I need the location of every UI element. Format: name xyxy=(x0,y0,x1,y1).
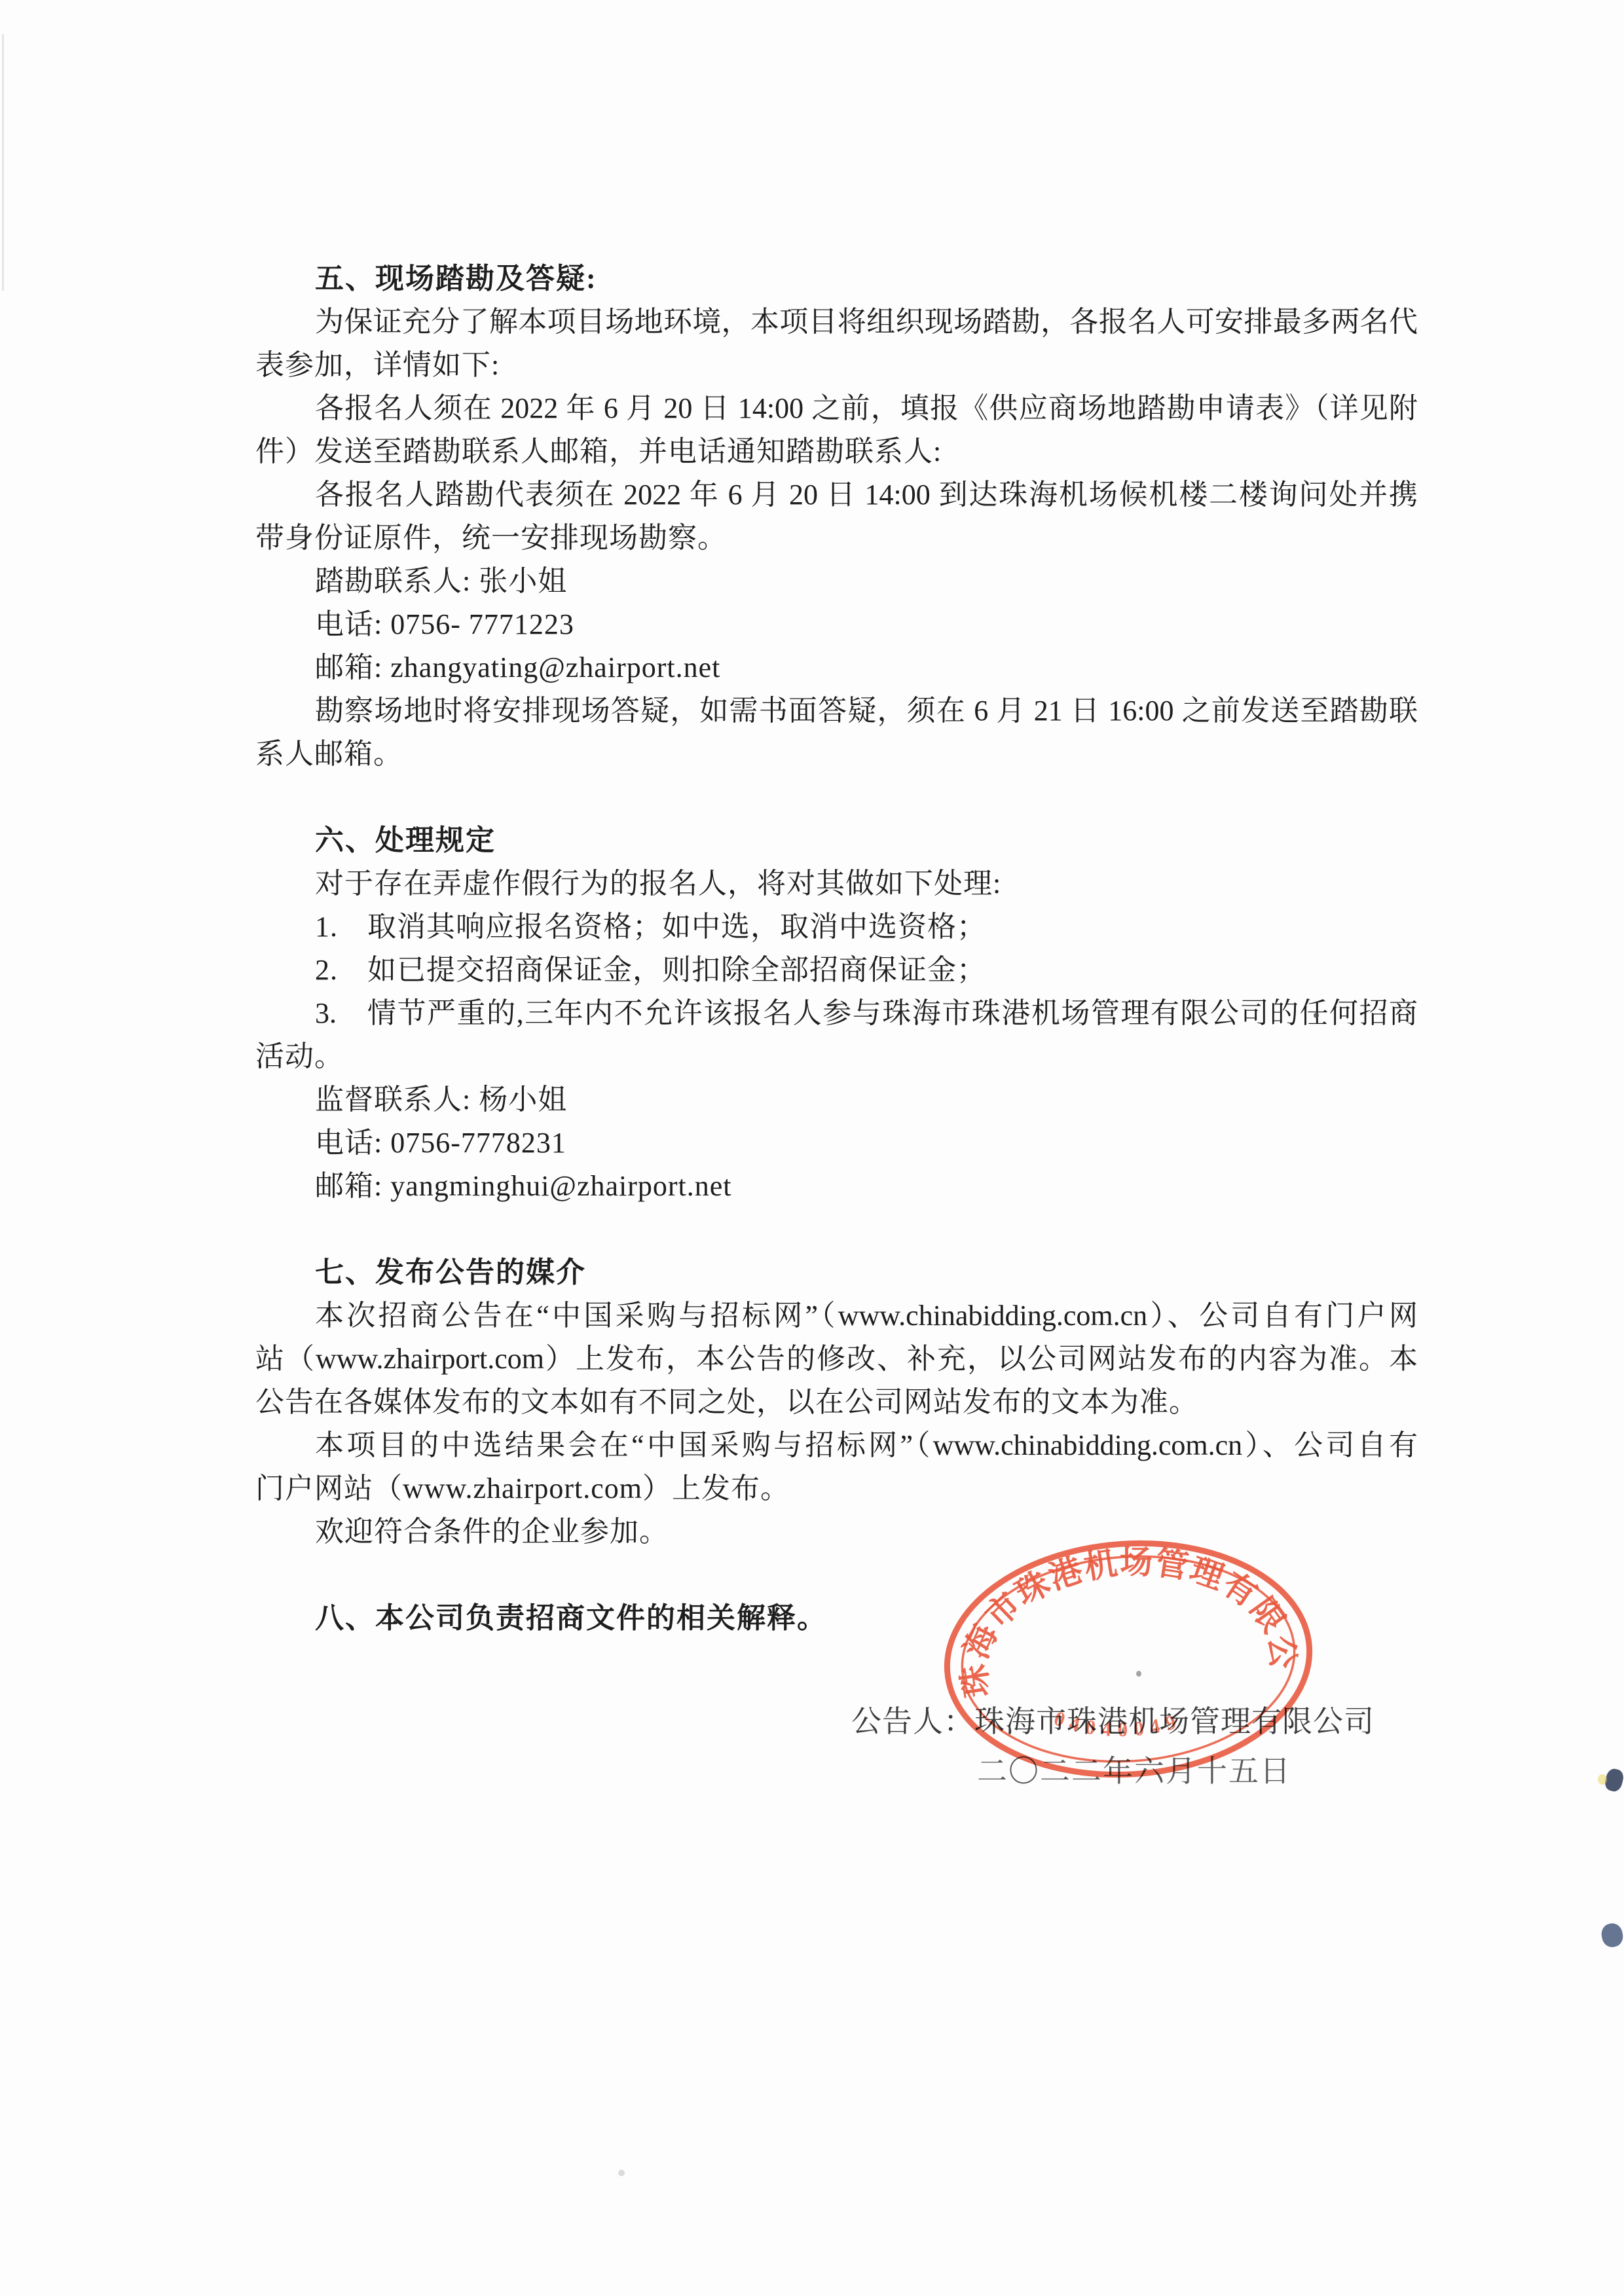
company-seal-stamp: 珠海市珠港机场管理有限公司 04040049 xyxy=(932,1528,1325,1791)
ink-speck xyxy=(1600,1922,1624,1948)
text-line: 系人邮箱。 xyxy=(255,737,403,772)
text-line: 件）发送至踏勘联系人邮箱，并电话通知踏勘联系人: xyxy=(255,434,942,469)
text-line: 3. 情节严重的,三年内不允许该报名人参与珠海市珠港机场管理有限公司的任何招商 xyxy=(315,996,1418,1031)
text-line: 各报名人须在 2022 年 6 月 20 日 14:00 之前，填报《供应商场地… xyxy=(315,391,1418,426)
text-line: 1. 取消其响应报名资格；如中选，取消中选资格； xyxy=(315,909,986,945)
text-line: 各报名人踏勘代表须在 2022 年 6 月 20 日 14:00 到达珠海机场候… xyxy=(315,477,1418,513)
text-line: 五、现场踏勘及答疑: xyxy=(315,261,597,297)
text-line: 电话: 0756-7778231 xyxy=(315,1125,566,1161)
text-line: 为保证充分了解本项目场地环境，本项目将组织现场踏勘，各报名人可安排最多两名代 xyxy=(315,304,1418,340)
ink-speck xyxy=(1598,1774,1607,1785)
text-line: 2. 如已提交招商保证金，则扣除全部招商保证金； xyxy=(315,953,986,988)
text-line: 站（www.zhairport.com）上发布，本公告的修改、补充，以公司网站发… xyxy=(255,1341,1418,1377)
text-line: 六、处理规定 xyxy=(315,823,496,858)
ink-speck xyxy=(1314,1013,1319,1018)
text-line: 邮箱: zhangyating@zhairport.net xyxy=(315,650,720,685)
text-line: 本次招商公告在“中国采购与招标网”（www.chinabidding.com.c… xyxy=(315,1298,1418,1334)
seal-serial-text: 04040049 xyxy=(1050,1698,1185,1746)
text-line: 对于存在弄虚作假行为的报名人，将对其做如下处理: xyxy=(315,866,1001,902)
text-line: 活动。 xyxy=(255,1039,344,1074)
scan-dust-dot xyxy=(618,2170,625,2176)
text-line: 欢迎符合条件的企业参加。 xyxy=(315,1514,669,1550)
text-line: 七、发布公告的媒介 xyxy=(315,1255,586,1290)
text-line: 本项目的中选结果会在“中国采购与招标网”（www.chinabidding.co… xyxy=(315,1428,1418,1463)
text-line: 带身份证原件，统一安排现场勘察。 xyxy=(255,520,727,556)
scanned-announcement-page: 五、现场踏勘及答疑:为保证充分了解本项目场地环境，本项目将组织现场踏勘，各报名人… xyxy=(0,0,1624,2296)
text-line: 八、本公司负责招商文件的相关解释。 xyxy=(315,1601,827,1636)
text-line: 公告在各媒体发布的文本如有不同之处，以在公司网站发布的文本为准。 xyxy=(255,1385,1198,1420)
text-line: 表参加，详情如下: xyxy=(255,348,500,383)
scan-edge-artifact xyxy=(2,34,4,291)
text-line: 门户网站（www.zhairport.com）上发布。 xyxy=(255,1471,790,1506)
ink-speck xyxy=(1136,1671,1141,1677)
text-line: 勘察场地时将安排现场答疑，如需书面答疑，须在 6 月 21 日 16:00 之前… xyxy=(315,693,1418,729)
text-line: 监督联系人: 杨小姐 xyxy=(315,1082,567,1118)
text-line: 电话: 0756- 7771223 xyxy=(315,607,574,642)
seal-company-text: 珠海市珠港机场管理有限公司 xyxy=(932,1528,1302,1703)
text-line: 踏勘联系人: 张小姐 xyxy=(315,564,567,599)
text-line: 邮箱: yangminghui@zhairport.net xyxy=(315,1169,732,1204)
